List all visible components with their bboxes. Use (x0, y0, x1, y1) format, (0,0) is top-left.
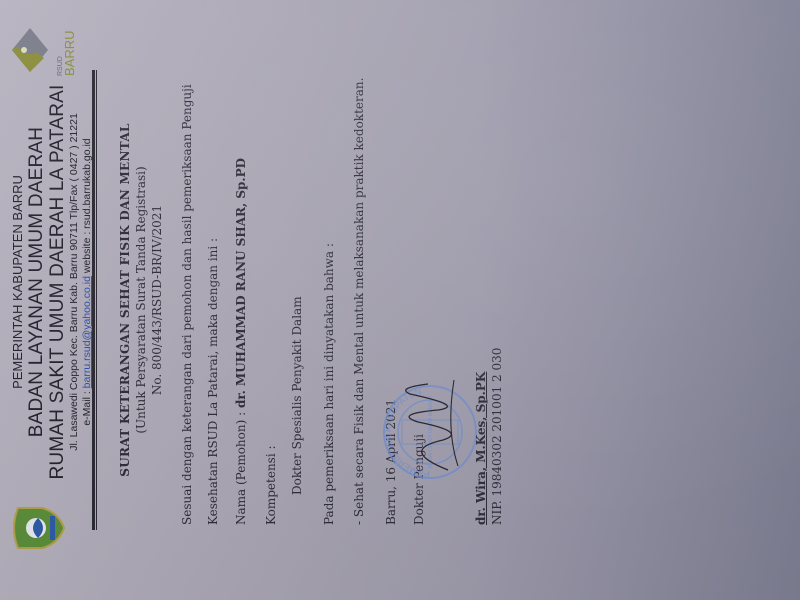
letterhead-address: Jl. Lasawedi Coppo Kec. Barru Kab. Barru… (68, 72, 81, 492)
svg-text:BARRU: BARRU (62, 30, 76, 76)
signature-icon (388, 370, 478, 480)
applicant-name-row: Nama (Pemohon) : dr. MUHAMMAD RANU SHAR,… (234, 158, 248, 525)
competence-value: Dokter Spesialis Penyakit Dalam (290, 296, 304, 495)
statement-intro: Pada pemeriksaan hari ini dinyatakan bah… (322, 243, 336, 525)
rsud-barru-logo-icon: RSUD BARRU (6, 20, 76, 80)
competence-label: Kompetensi : (264, 445, 278, 525)
letterhead-agency: BADAN LAYANAN UMUM DAERAH (26, 72, 47, 492)
letterhead-government: PEMERINTAH KABUPATEN BARRU (10, 72, 26, 492)
letterhead: PEMERINTAH KABUPATEN BARRU BADAN LAYANAN… (0, 0, 90, 600)
document-subtitle: (Untuk Persyaratan Surat Tanda Registras… (134, 0, 148, 600)
kabupaten-crest-icon (12, 504, 66, 552)
document-number: No. 800/443/RSUD-BR/IV/2021 (150, 0, 164, 600)
letterhead-hospital: RUMAH SAKIT UMUM DAERAH LA PATARAI (47, 72, 68, 492)
applicant-name-label: Nama (Pemohon) : (234, 408, 248, 525)
intro-line-2: Kesehatan RSUD La Patarai, maka dengan i… (206, 238, 220, 525)
intro-line-1: Sesuai dengan keterangan dari pemohon da… (180, 95, 194, 525)
letterhead-rule (92, 70, 95, 530)
letterhead-rule-thin (96, 70, 97, 530)
document-page: PEMERINTAH KABUPATEN BARRU BADAN LAYANAN… (0, 0, 800, 600)
examiner-name: dr. Wira, M.Kes, Sp.PK (474, 372, 488, 525)
document-title: SURAT KETERANGAN SEHAT FISIK DAN MENTAL (118, 0, 132, 600)
applicant-name: dr. MUHAMMAD RANU SHAR, Sp.PD (234, 158, 248, 408)
statement-bullet: - Sehat secara Fisik dan Mental untuk me… (352, 78, 366, 525)
examiner-nip: NIP. 19840302 201001 2 030 (490, 348, 504, 525)
